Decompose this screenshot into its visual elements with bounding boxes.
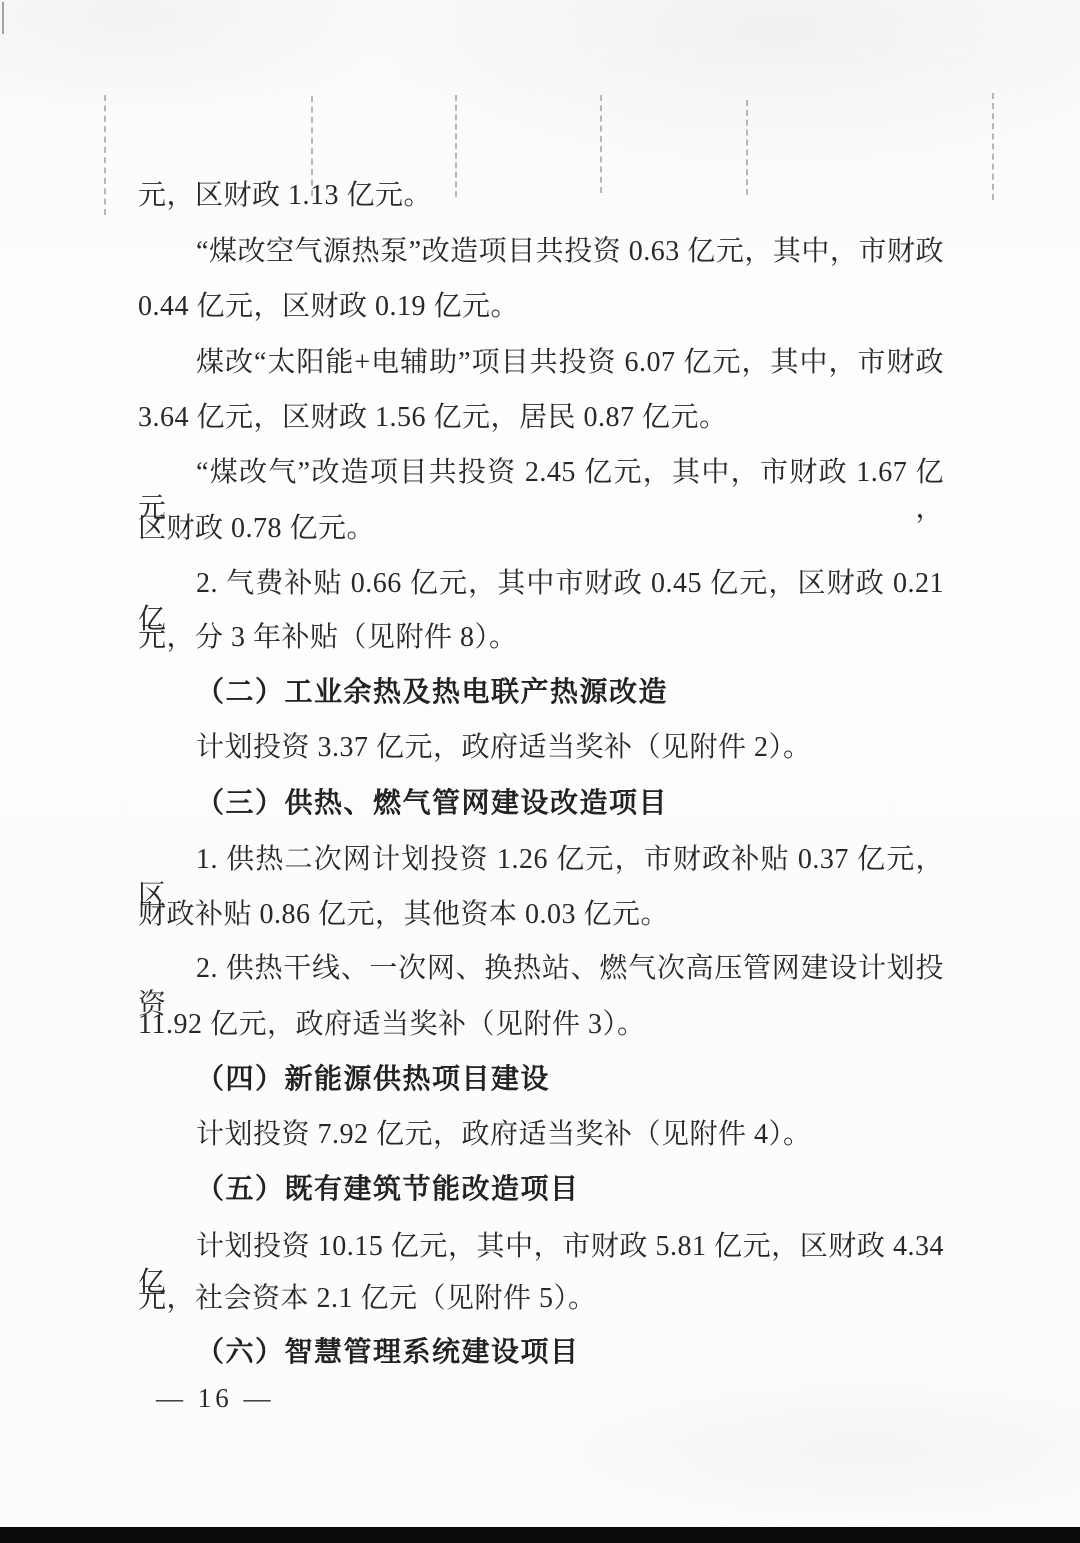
scan-edge-artifact	[2, 2, 4, 34]
text-line: 元，区财政 1.13 亿元。	[138, 178, 944, 214]
text-line: 3.64 亿元，区财政 1.56 亿元，居民 0.87 亿元。	[138, 400, 944, 436]
scan-black-bar	[0, 1527, 1080, 1543]
text-line: 区财政 0.78 亿元。	[138, 511, 944, 547]
text-line: 11.92 亿元，政府适当奖补（见附件 3）。	[138, 1007, 944, 1043]
text-line: 财政补贴 0.86 亿元，其他资本 0.03 亿元。	[138, 897, 944, 933]
text-line: “煤改空气源热泵”改造项目共投资 0.63 亿元，其中，市财政	[138, 234, 944, 270]
scanned-document-page: 元，区财政 1.13 亿元。 “煤改空气源热泵”改造项目共投资 0.63 亿元，…	[0, 0, 1080, 1543]
section-heading: （二）工业余热及热电联产热源改造	[138, 675, 944, 711]
fold-mark	[104, 95, 106, 215]
section-heading: （六）智慧管理系统建设项目	[138, 1335, 944, 1371]
text-line: 计划投资 7.92 亿元，政府适当奖补（见附件 4）。	[138, 1117, 944, 1153]
section-heading: （三）供热、燃气管网建设改造项目	[138, 786, 944, 822]
page-number: — 16 —	[156, 1381, 275, 1415]
section-heading: （四）新能源供热项目建设	[138, 1062, 944, 1098]
text-line: 煤改“太阳能+电辅助”项目共投资 6.07 亿元，其中，市财政	[138, 345, 944, 381]
fold-mark	[992, 93, 994, 200]
text-line: 计划投资 3.37 亿元，政府适当奖补（见附件 2）。	[138, 730, 944, 766]
section-heading: （五）既有建筑节能改造项目	[138, 1172, 944, 1208]
text-line: 0.44 亿元，区财政 0.19 亿元。	[138, 289, 944, 325]
text-line: 元，分 3 年补贴（见附件 8）。	[138, 620, 944, 656]
text-line: 元，社会资本 2.1 亿元（见附件 5）。	[138, 1281, 944, 1317]
